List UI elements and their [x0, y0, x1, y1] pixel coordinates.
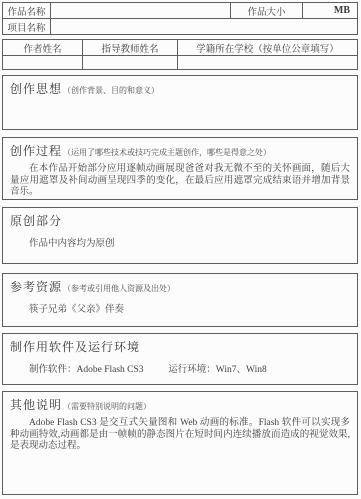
project-name-field[interactable]: [51, 19, 358, 35]
creative-idea-title: 创作思想: [10, 82, 62, 96]
school-field[interactable]: [178, 56, 358, 70]
original-part-body: 作品中内容均为原创: [10, 235, 350, 249]
software-environment-body: 制作软件：Adobe Flash CS3运行环境：Win7、Win8: [10, 361, 350, 375]
creative-process-note: （运用了哪些技术或技巧完成主题创作，哪些是得意之处）: [63, 148, 271, 157]
section-software-environment: 制作用软件及运行环境 制作软件：Adobe Flash CS3运行环境：Win7…: [2, 333, 358, 385]
environment-value: Win7、Win8: [216, 365, 267, 375]
section-other-notes: 其他说明（需要特别说明的问题） Adobe Flash CS3 是交互式矢量图和…: [2, 391, 358, 495]
creative-process-body: 在本作品开始部分应用逐帧动画展现爸爸对我无微不至的关怀画面，随后大量应用遮罩及补…: [10, 164, 350, 199]
work-name-row: 作品名称 作品大小 MB: [3, 3, 358, 19]
work-info-table: 作品名称 作品大小 MB 项目名称: [2, 2, 358, 35]
teacher-name-header: 指导教师姓名: [83, 40, 178, 56]
author-value-row: [3, 56, 358, 70]
teacher-name-field[interactable]: [83, 56, 178, 70]
author-name-header: 作者姓名: [3, 40, 83, 56]
original-part-title: 原创部分: [10, 214, 62, 228]
other-notes-note: （需要特别说明的问题）: [63, 402, 151, 411]
reference-resources-body: 筷子兄弟《父亲》伴奏: [10, 301, 350, 315]
reference-resources-note: （参考或引用他人资源及出处）: [63, 284, 175, 293]
school-header: 学籍所在学校（按单位公章填写）: [178, 40, 358, 56]
software-value: Adobe Flash CS3: [77, 365, 144, 375]
work-size-unit: MB: [303, 3, 358, 19]
creative-process-title: 创作过程: [10, 144, 62, 158]
other-notes-title: 其他说明: [10, 398, 62, 412]
environment-label: 运行环境：: [168, 365, 216, 375]
software-environment-title: 制作用软件及运行环境: [10, 340, 140, 354]
project-name-label: 项目名称: [3, 19, 51, 35]
work-name-label: 作品名称: [3, 3, 51, 19]
author-header-row: 作者姓名 指导教师姓名 学籍所在学校（按单位公章填写）: [3, 40, 358, 56]
project-name-row: 项目名称: [3, 19, 358, 35]
reference-resources-title: 参考资源: [10, 280, 62, 294]
form-sheet: 作品名称 作品大小 MB 项目名称 作者姓名 指导教师姓名 学籍所在学校（按单位…: [2, 2, 358, 495]
author-name-field[interactable]: [3, 56, 83, 70]
section-original-part: 原创部分 作品中内容均为原创: [2, 207, 358, 264]
section-reference-resources: 参考资源（参考或引用他人资源及出处） 筷子兄弟《父亲》伴奏: [2, 273, 358, 327]
work-name-field[interactable]: [51, 3, 231, 19]
creative-idea-note: （创作背景、目的和意义）: [63, 86, 159, 95]
other-notes-body: Adobe Flash CS3 是交互式矢量图和 Web 动画的标准。Flash…: [10, 418, 350, 453]
section-creative-idea: 创作思想（创作背景、目的和意义）: [2, 75, 358, 130]
author-info-table: 作者姓名 指导教师姓名 学籍所在学校（按单位公章填写）: [2, 39, 358, 70]
work-size-label: 作品大小: [231, 3, 303, 19]
software-label: 制作软件：: [29, 365, 77, 375]
section-creative-process: 创作过程（运用了哪些技术或技巧完成主题创作，哪些是得意之处） 在本作品开始部分应…: [2, 137, 358, 200]
